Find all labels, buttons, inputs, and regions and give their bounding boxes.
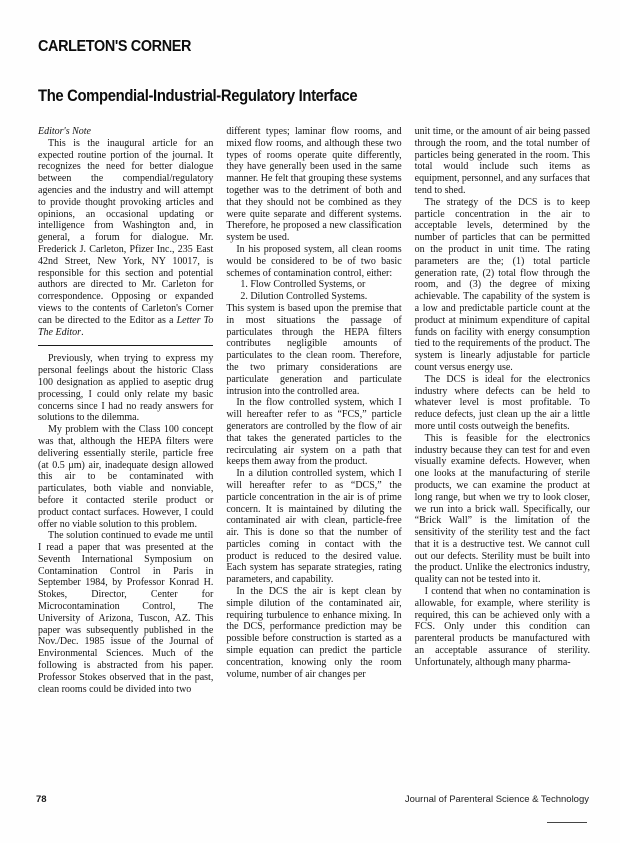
paragraph: The strategy of the DCS is to keep parti… bbox=[415, 197, 590, 374]
paragraph: In the DCS the air is kept clean by simp… bbox=[226, 586, 401, 680]
paragraph: The solution continued to evade me until… bbox=[38, 530, 213, 695]
editors-note-paragraph: This is the inaugural article for an exp… bbox=[38, 138, 213, 339]
column-3: unit time, or the amount of air being pa… bbox=[415, 126, 590, 695]
article-body: Editor's Note This is the inaugural arti… bbox=[38, 126, 590, 695]
journal-page: CARLETON'S CORNER The Compendial-Industr… bbox=[0, 0, 620, 843]
divider-rule bbox=[38, 345, 213, 346]
paragraph: This is feasible for the electronics ind… bbox=[415, 433, 590, 586]
section-kicker: CARLETON'S CORNER bbox=[38, 38, 191, 56]
paragraph: The DCS is ideal for the electronics ind… bbox=[415, 374, 590, 433]
column-1: Editor's Note This is the inaugural arti… bbox=[38, 126, 213, 695]
paragraph: Previously, when trying to express my pe… bbox=[38, 353, 213, 424]
paragraph: In a dilution controlled system, which I… bbox=[226, 468, 401, 586]
paragraph: My problem with the Class 100 concept wa… bbox=[38, 424, 213, 530]
editors-note-body: This is the inaugural article for an exp… bbox=[38, 138, 213, 326]
list-item: 2. Dilution Controlled Systems. bbox=[226, 291, 401, 303]
page-number: 78 bbox=[36, 794, 47, 805]
paragraph: In the flow controlled system, which I w… bbox=[226, 397, 401, 468]
article-title: The Compendial-Industrial-Regulatory Int… bbox=[38, 87, 357, 106]
paragraph-continuation: different types; laminar flow rooms, and… bbox=[226, 126, 401, 244]
editors-note-suffix: . bbox=[81, 327, 84, 338]
paragraph: I contend that when no contamination is … bbox=[415, 586, 590, 669]
editors-note-heading: Editor's Note bbox=[38, 126, 213, 138]
paragraph: This system is based upon the premise th… bbox=[226, 303, 401, 397]
journal-footer-title: Journal of Parenteral Science & Technolo… bbox=[405, 794, 589, 805]
paragraph-continuation: unit time, or the amount of air being pa… bbox=[415, 126, 590, 197]
footer-rule bbox=[547, 822, 587, 823]
column-2: different types; laminar flow rooms, and… bbox=[226, 126, 401, 695]
list-item: 1. Flow Controlled Systems, or bbox=[226, 279, 401, 291]
paragraph: In his proposed system, all clean rooms … bbox=[226, 244, 401, 279]
